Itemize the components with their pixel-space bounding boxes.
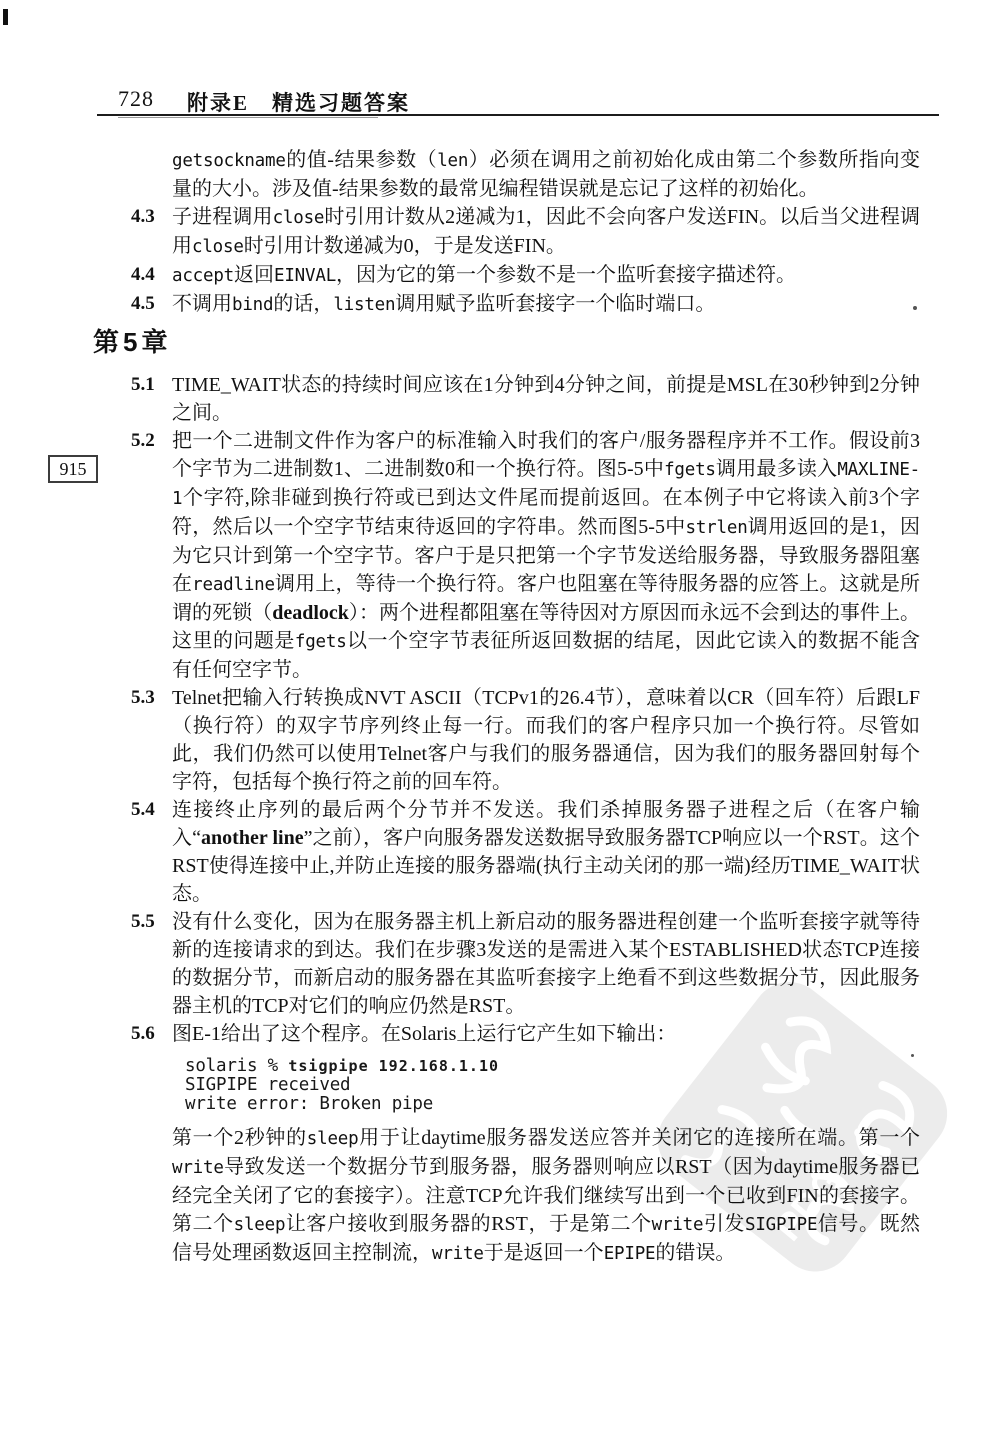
item-number: 4.4 (131, 261, 172, 290)
item-number: 5.6 (131, 1020, 172, 1048)
paragraph-4-2-continuation: getsockname的值-结果参数（len）必须在调用之前初始化成由第二个参数… (172, 146, 920, 203)
item-number: 4.5 (131, 290, 172, 319)
terminal-output-block: solaris % tsigpipe 192.168.1.10 SIGPIPE … (185, 1057, 923, 1114)
header-rule-artifact (118, 117, 378, 118)
answer-item-5-3: 5.3 Telnet把输入行转换成NVT ASCII（TCPv1的26.4节），… (93, 684, 923, 796)
answer-item-4-4: 4.4 accept返回EINVAL，因为它的第一个参数不是一个监听套接字描述符… (93, 261, 923, 290)
paragraph-5-6-discussion: 第一个2秒钟的sleep用于让daytime服务器发送应答并关闭它的连接所在端。… (172, 1124, 920, 1268)
item-number: 5.3 (131, 684, 172, 796)
terminal-line: write error: Broken pipe (185, 1095, 923, 1114)
answer-item-4-5: 4.5 不调用bind的话，listen调用赋予监听套接字一个临时端口。 (93, 290, 923, 319)
item-number: 5.5 (131, 908, 172, 1020)
header-rule (97, 114, 939, 116)
terminal-line: solaris % tsigpipe 192.168.1.10 (185, 1057, 923, 1076)
item-text: 把一个二进制文件作为客户的标准输入时我们的客户/服务器程序并不工作。假设前3个字… (172, 427, 920, 684)
terminal-line: SIGPIPE received (185, 1076, 923, 1095)
scan-speck (913, 306, 917, 310)
item-number: 4.3 (131, 203, 172, 261)
item-text: accept返回EINVAL，因为它的第一个参数不是一个监听套接字描述符。 (172, 261, 920, 290)
item-text: Telnet把输入行转换成NVT ASCII（TCPv1的26.4节），意味着以… (172, 684, 920, 796)
answer-item-5-6: 5.6 图E-1给出了这个程序。在Solaris上运行它产生如下输出： (93, 1020, 923, 1048)
answer-item-5-2: 5.2 把一个二进制文件作为客户的标准输入时我们的客户/服务器程序并不工作。假设… (93, 427, 923, 684)
item-text: 图E-1给出了这个程序。在Solaris上运行它产生如下输出： (172, 1020, 920, 1048)
item-text: 连接终止序列的最后两个分节并不发送。我们杀掉服务器子进程之后（在客户输入“ano… (172, 796, 920, 908)
page-header: 728 附录E 精选习题答案 (0, 86, 983, 114)
answer-item-5-1: 5.1 TIME_WAIT状态的持续时间应该在1分钟到4分钟之间，前提是MSL在… (93, 371, 923, 427)
header-title: 精选习题答案 (272, 87, 410, 117)
item-text: TIME_WAIT状态的持续时间应该在1分钟到4分钟之间，前提是MSL在30秒钟… (172, 371, 920, 427)
item-number: 5.1 (131, 371, 172, 427)
item-number: 5.4 (131, 796, 172, 908)
chapter-5-heading: 第5章 (93, 326, 923, 358)
answer-item-5-5: 5.5 没有什么变化，因为在服务器主机上新启动的服务器进程创建一个监听套接字就等… (93, 908, 923, 1020)
item-text: 子进程调用close时引用计数从2递减为1，因此不会向客户发送FIN。以后当父进… (172, 203, 920, 261)
answers-body: getsockname的值-结果参数（len）必须在调用之前初始化成由第二个参数… (93, 146, 923, 1268)
page-number: 728 (118, 86, 154, 112)
item-text: 没有什么变化，因为在服务器主机上新启动的服务器进程创建一个监听套接字就等待新的连… (172, 908, 920, 1020)
item-number: 5.2 (131, 427, 172, 684)
item-text: 不调用bind的话，listen调用赋予监听套接字一个临时端口。 (172, 290, 920, 319)
header-appendix-label: 附录E (187, 87, 249, 117)
answer-item-5-4: 5.4 连接终止序列的最后两个分节并不发送。我们杀掉服务器子进程之后（在客户输入… (93, 796, 923, 908)
scan-artifact-tick (3, 9, 8, 25)
answer-item-4-3: 4.3 子进程调用close时引用计数从2递减为1，因此不会向客户发送FIN。以… (93, 203, 923, 261)
scan-speck (911, 1054, 914, 1057)
margin-page-ref-box: 915 (48, 455, 98, 483)
book-page: 728 附录E 精选习题答案 915 PDG getsockname的值-结果参… (0, 0, 983, 1432)
